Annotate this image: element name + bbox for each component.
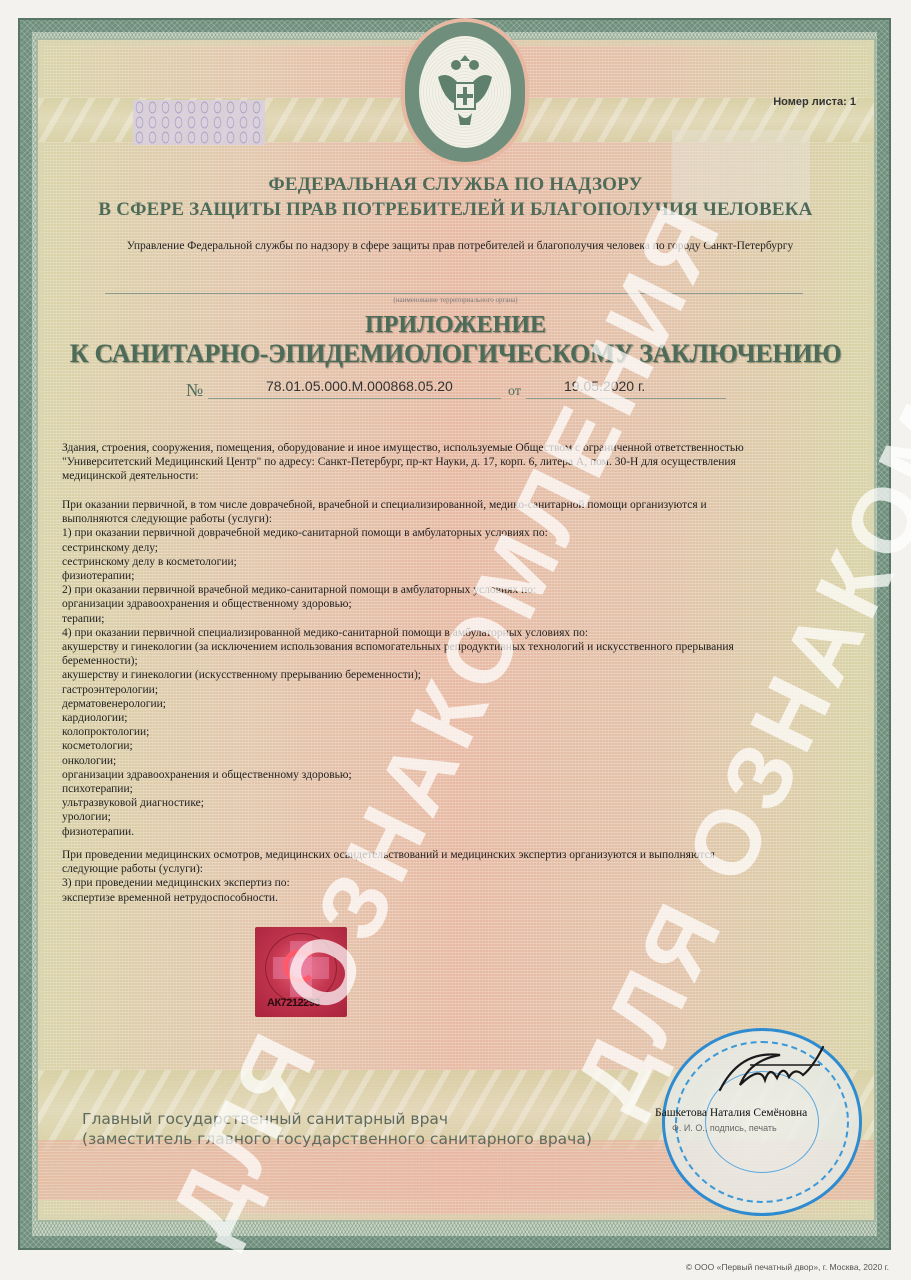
security-pattern <box>133 100 265 145</box>
double-headed-eagle-icon <box>430 47 500 137</box>
text-line: сестринскому делу; <box>62 541 802 555</box>
sheet-number: Номер листа: 1 <box>773 96 856 108</box>
examination-services: При проведении медицинских осмотров, мед… <box>62 848 802 905</box>
emblem-medallion <box>405 22 525 162</box>
text-line: "Университетский Медицинский Центр" по а… <box>62 455 802 469</box>
number-label: № <box>186 380 203 401</box>
text-line: 2) при оказании первичной врачебной меди… <box>62 583 802 597</box>
premises-paragraph: Здания, строения, сооружения, помещения,… <box>62 441 802 484</box>
document-number: 78.01.05.000.М.000868.05.20 <box>266 378 453 394</box>
text-line: При проведении медицинских осмотров, мед… <box>62 848 802 862</box>
text-line: физиотерапии; <box>62 569 802 583</box>
document-title-line2: К САНИТАРНО-ЭПИДЕМИОЛОГИЧЕСКОМУ ЗАКЛЮЧЕН… <box>0 339 911 369</box>
divider <box>105 293 803 294</box>
text-line: организации здравоохранения и общественн… <box>62 768 802 782</box>
text-line: онкологии; <box>62 754 802 768</box>
text-line: 4) при оказании первичной специализирова… <box>62 626 802 640</box>
text-line: ультразвуковой диагностике; <box>62 796 802 810</box>
text-line: экспертизе временной нетрудоспособности. <box>62 891 802 905</box>
date-label: от <box>508 384 521 400</box>
text-line: косметологии; <box>62 739 802 753</box>
text-line: 1) при оказании первичной доврачебной ме… <box>62 526 802 540</box>
text-line: Здания, строения, сооружения, помещения,… <box>62 441 802 455</box>
chief-doctor-title: Главный государственный санитарный врач … <box>82 1109 592 1149</box>
hologram-sticker: АК7212293 <box>255 927 347 1017</box>
text-line: следующие работы (услуги): <box>62 862 802 876</box>
hologram-logo-icon <box>283 949 317 983</box>
text-line: кардиологии; <box>62 711 802 725</box>
signer-caption: Ф. И. О., подпись, печать <box>672 1123 777 1133</box>
document-title-line1: ПРИЛОЖЕНИЕ <box>0 312 911 339</box>
text-line: психотерапии; <box>62 782 802 796</box>
text-line: терапии; <box>62 612 802 626</box>
number-underline <box>208 398 501 399</box>
text-line: колопроктологии; <box>62 725 802 739</box>
date-underline <box>526 398 726 399</box>
text-line: При оказании первичной, в том числе довр… <box>62 498 802 512</box>
printer-copyright: © ООО «Первый печатный двор», г. Москва,… <box>686 1262 889 1272</box>
agency-name-line1: ФЕДЕРАЛЬНАЯ СЛУЖБА ПО НАДЗОРУ <box>0 174 911 196</box>
text-line: 3) при проведении медицинских экспертиз … <box>62 876 802 890</box>
text-line: урологии; <box>62 810 802 824</box>
text-line: акушерству и гинекологии (искусственному… <box>62 668 802 682</box>
text-line: гастроэнтерологии; <box>62 683 802 697</box>
text-line: физиотерапии. <box>62 825 802 839</box>
document-date: 19.05.2020 г. <box>564 378 645 394</box>
doctor-title-line1: Главный государственный санитарный врач <box>82 1109 592 1129</box>
text-line: акушерству и гинекологии (за исключением… <box>62 640 802 654</box>
doctor-title-line2: (заместитель главного государственного с… <box>82 1129 592 1149</box>
agency-name-line2: В СФЕРЕ ЗАЩИТЫ ПРАВ ПОТРЕБИТЕЛЕЙ И БЛАГО… <box>0 199 911 221</box>
signature-icon <box>710 1045 840 1105</box>
number-date-row: № 78.01.05.000.М.000868.05.20 от 19.05.2… <box>186 376 726 402</box>
signer-name: Башкетова Наталия Семёновна <box>655 1107 807 1119</box>
text-line: организации здравоохранения и общественн… <box>62 597 802 611</box>
hologram-serial: АК7212293 <box>267 997 320 1009</box>
text-line: выполняются следующие работы (услуги): <box>62 512 802 526</box>
text-line: дерматовенерологии; <box>62 697 802 711</box>
text-line: медицинской деятельности: <box>62 469 802 483</box>
territorial-body: Управление Федеральной службы по надзору… <box>120 239 800 254</box>
text-line: беременности); <box>62 654 802 668</box>
text-line: сестринскому делу в косметологии; <box>62 555 802 569</box>
territorial-caption: (наименование территориального органа) <box>0 296 911 304</box>
primary-care-services: При оказании первичной, в том числе довр… <box>62 498 802 839</box>
